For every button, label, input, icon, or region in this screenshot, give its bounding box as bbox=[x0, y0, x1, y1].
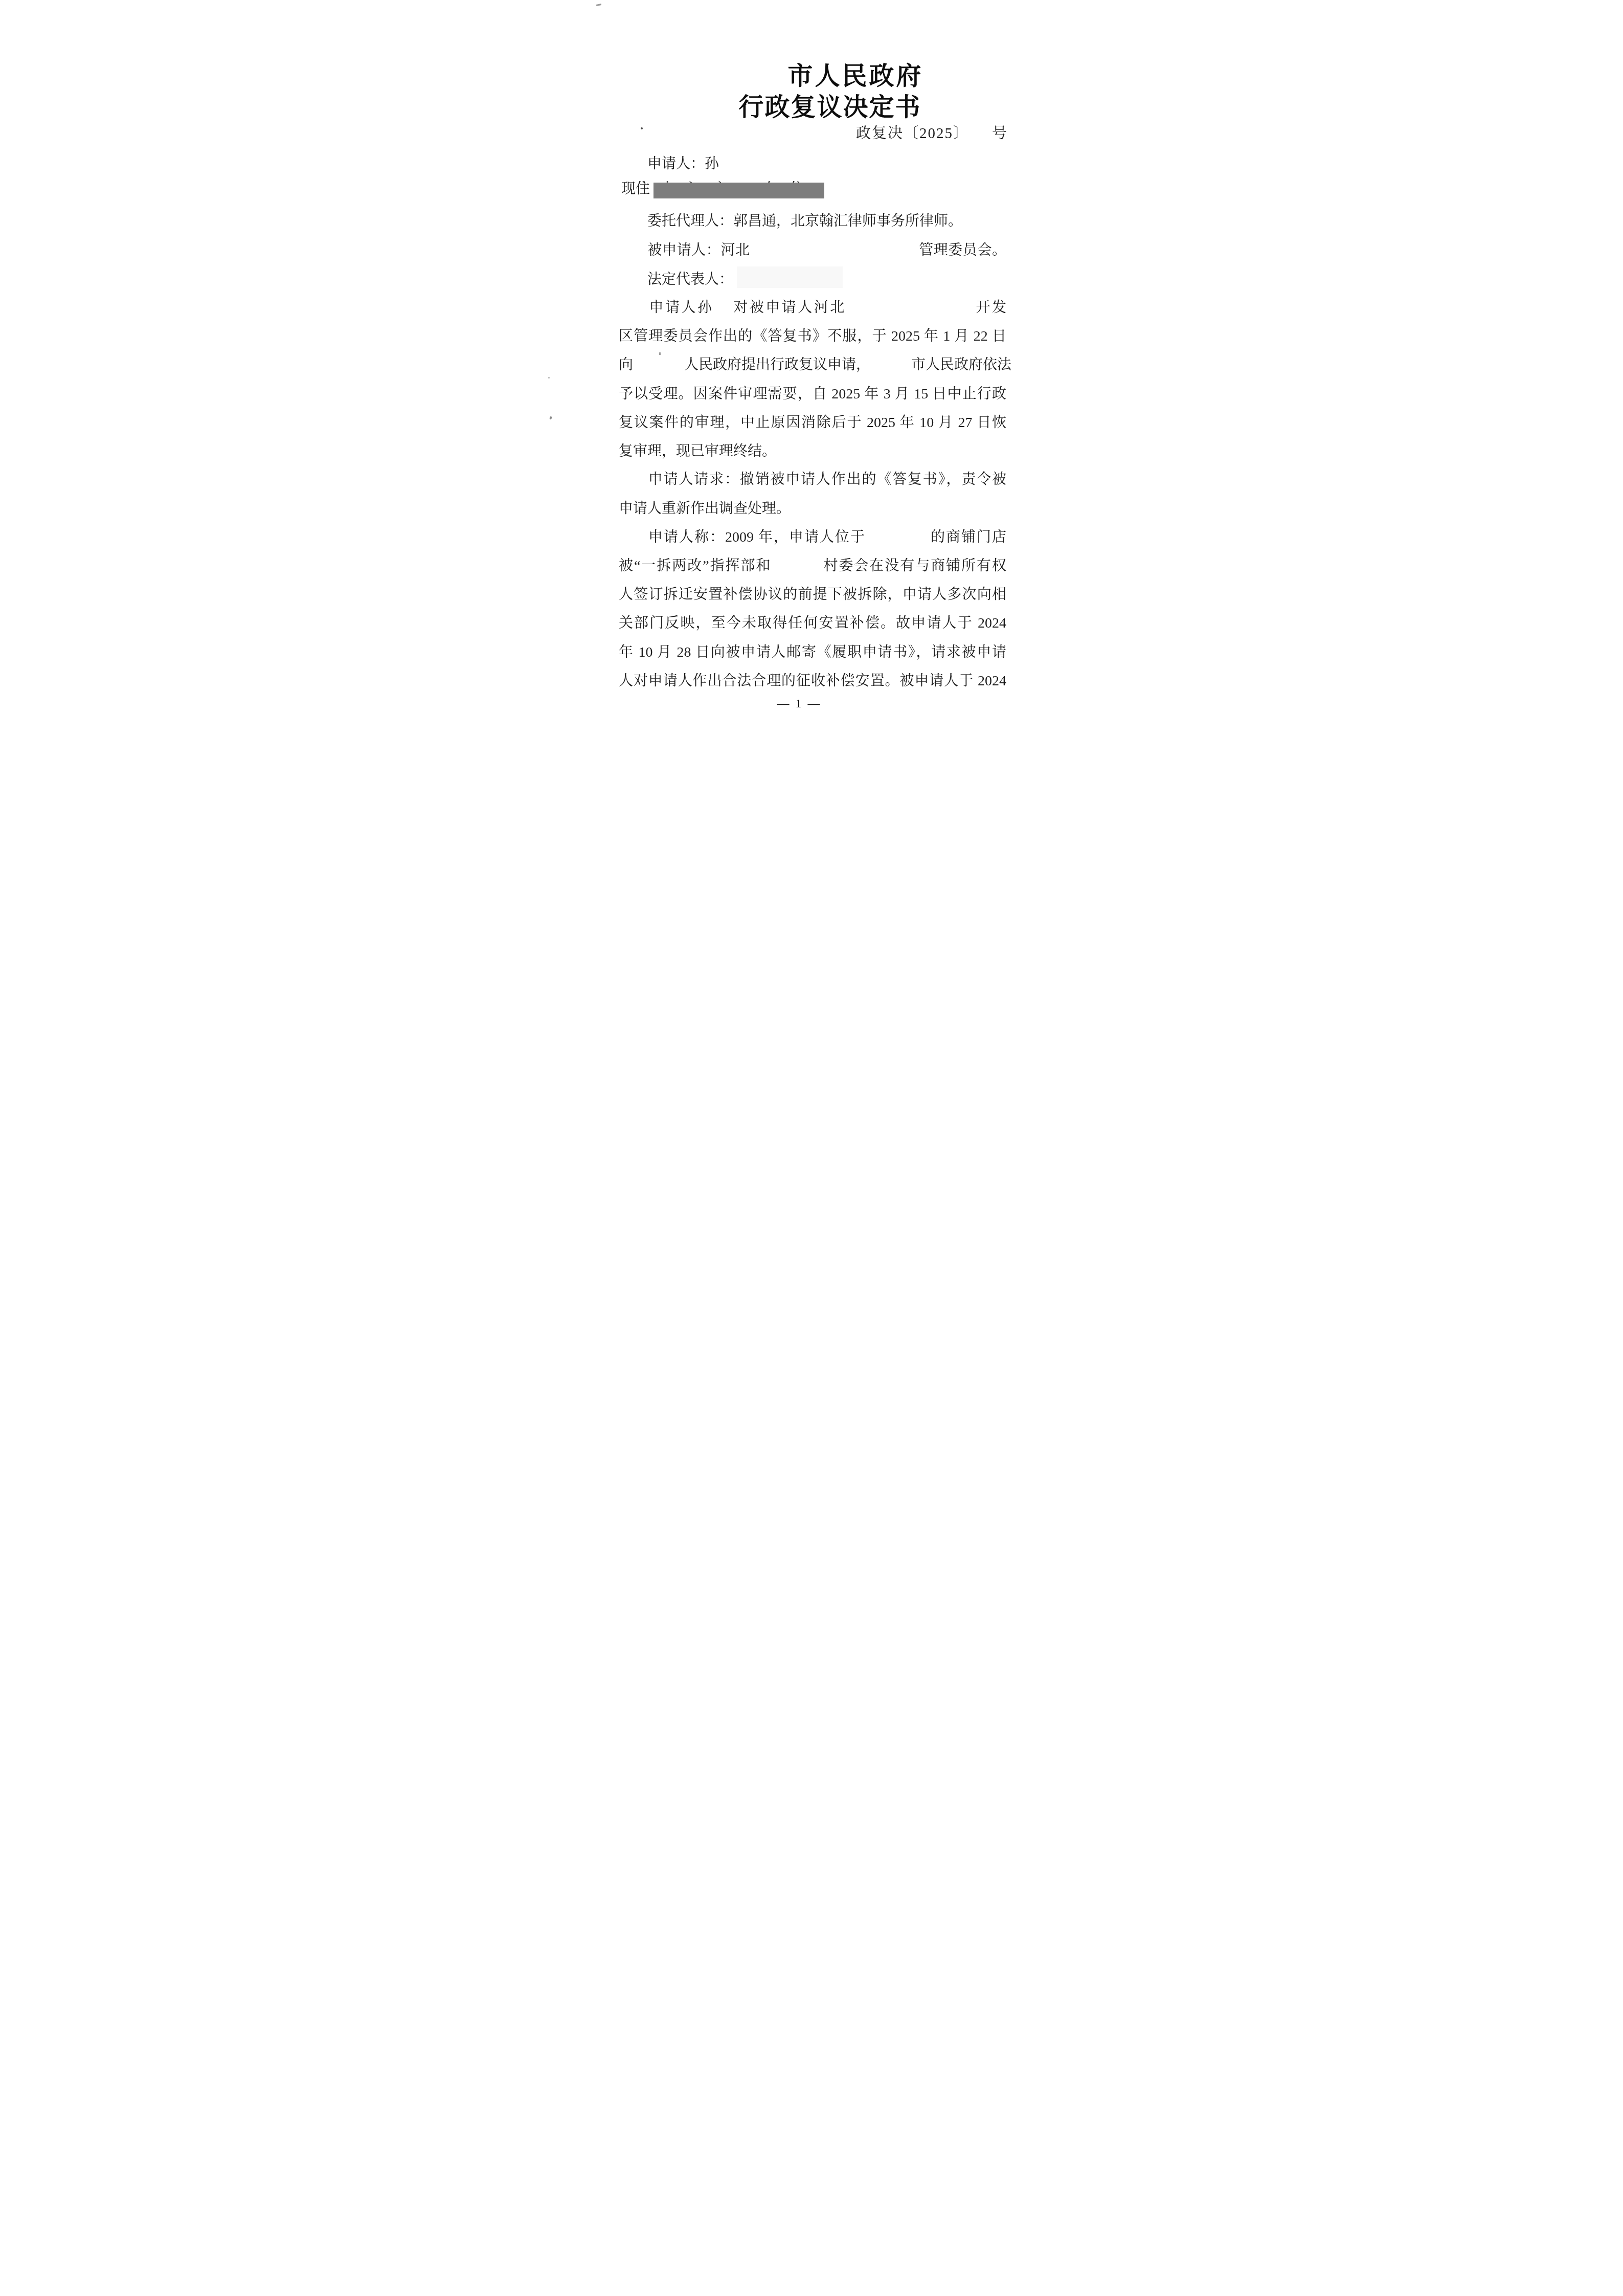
body-line: 关部门反映，至今未取得任何安置补偿。故申请人于 2024 bbox=[619, 614, 1006, 633]
page-number: — 1 — bbox=[541, 697, 1057, 711]
body-text: 人签订拆迁安置补偿协议的前提下被拆除，申请人多次向相 bbox=[619, 587, 1006, 603]
redaction-box-gray bbox=[653, 183, 824, 198]
redacted-gap bbox=[714, 311, 732, 312]
title-line1-text: 市人民政府 bbox=[787, 62, 923, 90]
body-text: 关部门反映，至今未取得任何安置补偿。故申请人于 2024 bbox=[619, 615, 1006, 631]
body-line: 予以受理。因案件审理需要，自 2025 年 3 月 15 日中止行政 bbox=[619, 385, 1006, 404]
body-text: 的商铺门店 bbox=[930, 529, 1006, 545]
body-line: 申请人请求：撤销被申请人作出的《答复书》，责令被 bbox=[619, 470, 1006, 489]
document-title-line1: 丷卜市人民政府 bbox=[559, 56, 1082, 92]
scan-artifact bbox=[641, 127, 643, 129]
body-text: 复议案件的审理，中止原因消除后于 2025 年 10 月 27 日恢 bbox=[619, 415, 1006, 431]
respondent-line: 被申请人：河北管理委员会。 bbox=[619, 241, 1006, 260]
body-line: 向人民政府提出行政复议申请，市人民政府依法 bbox=[619, 355, 1006, 375]
body-text: 村委会在没有与商铺所有权 bbox=[822, 558, 1006, 574]
body-line: 复审理，现已审理终结。 bbox=[619, 442, 1006, 461]
redacted-respondent-name bbox=[750, 254, 919, 255]
body-text: 向 bbox=[619, 357, 633, 373]
body-line: 申请人称：2009 年，申请人位于的商铺门店 bbox=[619, 528, 1006, 547]
body-line: 区管理委员会作出的《答复书》不服，于 2025 年 1 月 22 日 bbox=[619, 327, 1006, 346]
body-text: 人对申请人作出合法合理的征收补偿安置。被申请人于 2024 bbox=[619, 673, 1006, 689]
redacted-gap bbox=[870, 369, 911, 369]
document-title-line2: 行政复议决定书 bbox=[559, 87, 1082, 123]
body-line: 人签订拆迁安置补偿协议的前提下被拆除，申请人多次向相 bbox=[619, 585, 1006, 605]
redacted-gap bbox=[866, 541, 930, 542]
redacted-city-name: 丷卜 bbox=[736, 57, 787, 64]
respondent-text-pre: 被申请人：河北 bbox=[647, 242, 750, 258]
redacted-gap bbox=[771, 570, 822, 570]
body-text: 开发 bbox=[974, 300, 1006, 316]
redacted-gap bbox=[633, 369, 684, 369]
applicant-line: 申请人：孙 bbox=[619, 154, 1006, 174]
legal-rep-text: 法定代表人： bbox=[647, 272, 733, 287]
body-text: 复审理，现已审理终结。 bbox=[619, 443, 776, 459]
agent-line: 委托代理人：郭昌通，北京翰汇律师事务所律师。 bbox=[619, 212, 1006, 231]
applicant-text: 申请人：孙 bbox=[647, 156, 719, 172]
body-text: 申请人孙 bbox=[647, 300, 714, 316]
redacted-gap bbox=[846, 311, 974, 312]
agent-text: 委托代理人：郭昌通，北京翰汇律师事务所律师。 bbox=[647, 213, 962, 229]
body-text: 市人民政府依法 bbox=[911, 357, 1011, 373]
body-line: 申请人孙对被申请人河北开发 bbox=[619, 298, 1006, 318]
body-text: 对被申请人河北 bbox=[732, 300, 846, 316]
scanned-document-page: 丷卜市人民政府 行政复议决定书 政复决〔2025〕号 申请人：孙 现住 丿七氵文… bbox=[541, 0, 1082, 765]
title-line2-text: 行政复议决定书 bbox=[738, 93, 921, 121]
body-text: 申请人称：2009 年，申请人位于 bbox=[647, 529, 866, 545]
respondent-text-post: 管理委员会。 bbox=[919, 242, 1006, 258]
scan-artifact bbox=[659, 352, 661, 355]
body-text: 人民政府提出行政复议申请， bbox=[684, 357, 870, 373]
legal-rep-line: 法定代表人： bbox=[619, 270, 1006, 289]
body-text: 年 10 月 28 日向被申请人邮寄《履职申请书》，请求被申请 bbox=[619, 644, 1006, 660]
body-line: 人对申请人作出合法合理的征收补偿安置。被申请人于 2024 bbox=[619, 672, 1006, 691]
body-line: 年 10 月 28 日向被申请人邮寄《履职申请书》，请求被申请 bbox=[619, 643, 1006, 662]
scan-artifact bbox=[596, 4, 601, 6]
doc-number-prefix: 政复决〔2025〕 bbox=[856, 125, 969, 142]
redacted-address-remnants: 丿七氵文丶久伫 bbox=[636, 177, 826, 183]
body-line: 复议案件的审理，中止原因消除后于 2025 年 10 月 27 日恢 bbox=[619, 413, 1006, 433]
body-line: 申请人重新作出调查处理。 bbox=[619, 499, 1006, 519]
body-text: 申请人请求：撤销被申请人作出的《答复书》，责令被 bbox=[647, 472, 1006, 487]
body-line: 被“一拆两改”指挥部和村委会在没有与商铺所有权 bbox=[619, 556, 1006, 576]
resides-text: 现住 bbox=[621, 181, 650, 197]
scan-artifact bbox=[548, 377, 550, 378]
body-text: 被“一拆两改”指挥部和 bbox=[619, 558, 771, 574]
doc-number-suffix: 号 bbox=[992, 125, 1008, 142]
body-text: 区管理委员会作出的《答复书》不服，于 2025 年 1 月 22 日 bbox=[619, 328, 1006, 344]
document-number: 政复决〔2025〕号 bbox=[856, 122, 1008, 143]
body-text: 予以受理。因案件审理需要，自 2025 年 3 月 15 日中止行政 bbox=[619, 386, 1006, 402]
body-text: 申请人重新作出调查处理。 bbox=[619, 501, 791, 517]
scan-artifact bbox=[549, 416, 552, 420]
